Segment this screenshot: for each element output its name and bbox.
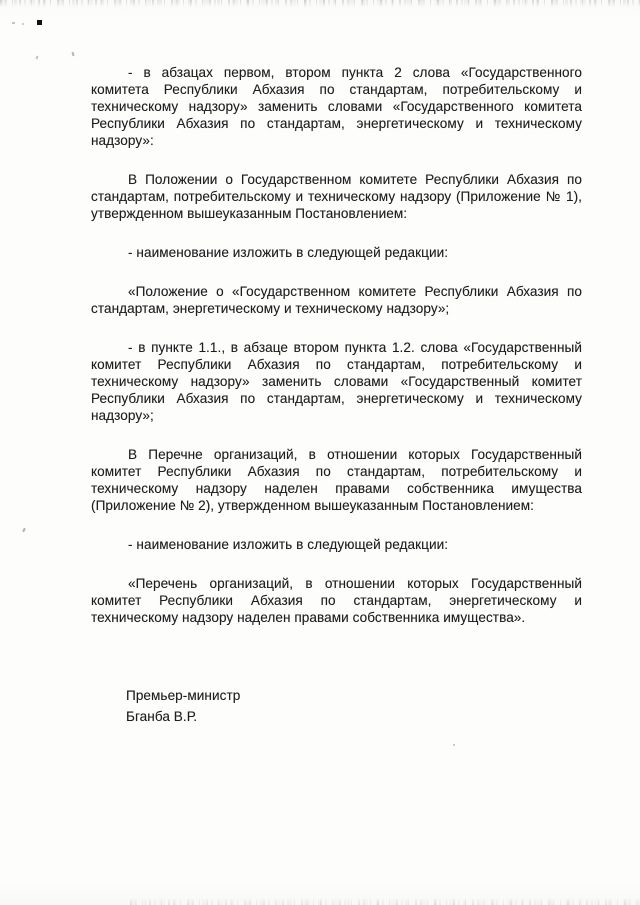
paragraph-amendment-points-11-12: - в пункте 1.1., в абзаце втором пункта … bbox=[91, 339, 582, 424]
paragraph-regulation-intro: В Положении о Государственном комитете Р… bbox=[91, 171, 582, 222]
scan-artifact-speck bbox=[22, 528, 26, 532]
paragraph-rename-directive-1: - наименование изложить в следующей реда… bbox=[91, 244, 582, 261]
scan-noise-bottom-edge bbox=[130, 898, 640, 905]
signature-block: Премьер-министр Бганба В.Р. bbox=[126, 685, 582, 727]
scan-artifact-speck bbox=[72, 52, 75, 56]
scan-artifact-dot bbox=[37, 20, 42, 25]
scanned-document-page: - в абзацах первом, втором пункта 2 слов… bbox=[0, 0, 640, 905]
scan-artifact-speck bbox=[36, 56, 39, 60]
scan-noise-top-edge bbox=[0, 0, 640, 7]
paragraph-new-regulation-title: «Положение о «Государственном комитете Р… bbox=[91, 283, 582, 317]
signature-name: Бганба В.Р. bbox=[126, 706, 582, 727]
paragraph-new-list-title: «Перечень организаций, в отношении котор… bbox=[91, 575, 582, 626]
paragraph-amendment-point2: - в абзацах первом, втором пункта 2 слов… bbox=[91, 64, 582, 149]
scan-artifact-speck bbox=[22, 23, 24, 25]
signature-title: Премьер-министр bbox=[126, 685, 582, 706]
document-text-block: - в абзацах первом, втором пункта 2 слов… bbox=[91, 64, 582, 727]
scan-artifact-speck bbox=[12, 22, 15, 24]
scan-artifact-speck bbox=[453, 744, 455, 746]
paragraph-org-list-intro: В Перечне организаций, в отношении котор… bbox=[91, 446, 582, 514]
paragraph-rename-directive-2: - наименование изложить в следующей реда… bbox=[91, 536, 582, 553]
